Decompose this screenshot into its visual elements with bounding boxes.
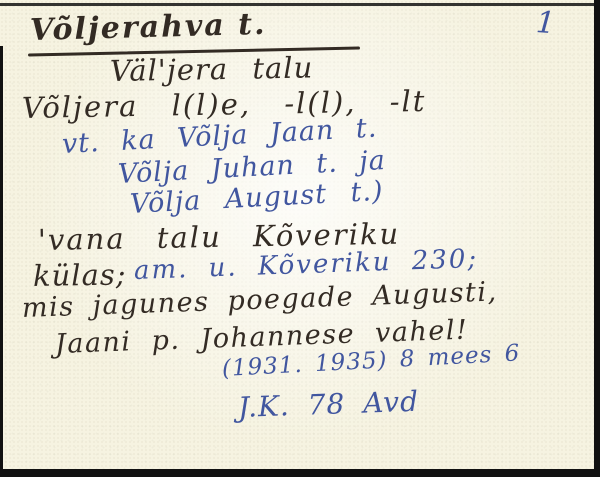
scan-edge-bottom <box>0 469 600 477</box>
scan-edge-top <box>0 3 600 6</box>
handwriting-line: külas; <box>33 257 127 293</box>
scanned-index-card: Võljerahva t. 1 Väl'jera talu Võljera l(… <box>0 0 600 477</box>
handwriting-line: Väl'jera talu <box>110 50 314 88</box>
scan-edge-left <box>0 46 3 477</box>
page-number: 1 <box>535 5 557 41</box>
scan-edge-right <box>594 0 600 477</box>
handwriting-signature: J.K. 78 Avd <box>237 385 419 424</box>
card-title: Võljerahva t. <box>30 7 267 48</box>
